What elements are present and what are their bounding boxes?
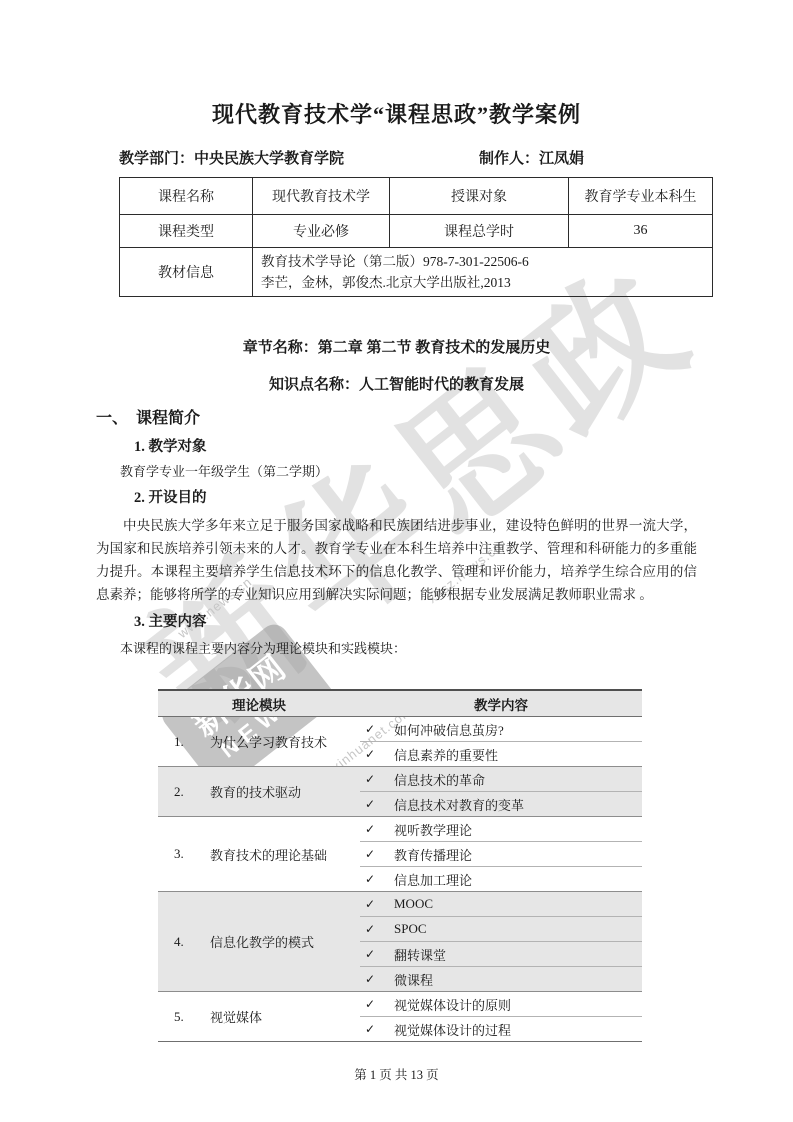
module-cell: 1. 为什么学习教育技术 [158,717,360,766]
textbook-label: 教材信息 [120,248,253,297]
course-name-value: 现代教育技术学 [253,178,390,215]
module-items: ✓ 如何冲破信息茧房? ✓ 信息素养的重要性 [360,717,642,766]
page-title: 现代教育技术学“课程思政”教学案例 [96,100,697,130]
check-icon: ✓ [360,997,394,1011]
module-number: 4. [174,934,210,950]
module-items: ✓ 信息技术的革命 ✓ 信息技术对教育的变革 [360,767,642,816]
item-text: 视听教学理论 [394,820,472,839]
textbook-line1: 教育技术学导论（第二版）978-7-301-22506-6 [261,251,708,272]
check-icon: ✓ [360,872,394,886]
course-info-table: 课程名称 现代教育技术学 授课对象 教育学专业本科生 课程类型 专业必修 课程总… [119,177,713,297]
subheading-main-content: 3. 主要内容 [134,611,697,633]
table-row: 2. 教育的技术驱动 ✓ 信息技术的革命 ✓ 信息技术对教育的变革 [158,766,642,816]
check-icon: ✓ [360,947,394,961]
list-item: ✓ 信息技术对教育的变革 [360,791,642,816]
check-icon: ✓ [360,722,394,736]
purpose-paragraph: 中央民族大学多年来立足于服务国家战略和民族团结进步事业，建设特色鲜明的世界一流大… [96,514,697,606]
modules-table: 理论模块 教学内容 1. 为什么学习教育技术 ✓ 如何冲破信息茧房? ✓ 信息素… [158,689,642,1042]
check-icon: ✓ [360,1022,394,1036]
list-item: ✓ 如何冲破信息茧房? [360,717,642,741]
chapter-title: 章节名称：第二章 第二节 教育技术的发展历史 [96,337,697,359]
item-text: 信息素养的重要性 [394,745,498,764]
list-item: ✓ 教育传播理论 [360,841,642,866]
column-header-teaching-content: 教学内容 [360,694,642,714]
table-row: 5. 视觉媒体 ✓ 视觉媒体设计的原则 ✓ 视觉媒体设计的过程 [158,991,642,1041]
item-text: 视觉媒体设计的过程 [394,1020,511,1039]
item-text: 信息加工理论 [394,870,472,889]
check-icon: ✓ [360,972,394,986]
list-item: ✓ 视觉媒体设计的原则 [360,992,642,1016]
module-name: 信息化教学的模式 [210,932,314,951]
textbook-line2: 李芒，金林，郭俊杰.北京大学出版社,2013 [261,272,708,293]
list-item: ✓ SPOC [360,916,642,941]
list-item: ✓ 信息技术的革命 [360,767,642,791]
total-hours-label: 课程总学时 [390,215,569,248]
modules-table-header: 理论模块 教学内容 [158,689,642,717]
item-text: 信息技术对教育的变革 [394,795,524,814]
audience-label: 授课对象 [390,178,569,215]
item-text: 如何冲破信息茧房? [394,720,504,739]
module-items: ✓ 视听教学理论 ✓ 教育传播理论 ✓ 信息加工理论 [360,817,642,891]
audience-value: 教育学专业本科生 [569,178,713,215]
column-header-theory-module: 理论模块 [158,694,360,714]
table-row: 3. 教育技术的理论基础 ✓ 视听教学理论 ✓ 教育传播理论 ✓ 信息加工理论 [158,816,642,891]
check-icon: ✓ [360,897,394,911]
check-icon: ✓ [360,747,394,761]
main-content-lead: 本课程的课程主要内容分为理论模块和实践模块： [120,639,697,659]
page-number-footer: 第 1 页 共 13 页 [96,1065,697,1083]
list-item: ✓ 视觉媒体设计的过程 [360,1016,642,1041]
list-item: ✓ 微课程 [360,966,642,991]
module-name: 为什么学习教育技术 [210,732,327,751]
table-row: 课程类型 专业必修 课程总学时 36 [120,215,713,248]
subheading-purpose: 2. 开设目的 [134,487,697,509]
table-row: 4. 信息化教学的模式 ✓ MOOC ✓ SPOC ✓ 翻转课堂 [158,891,642,991]
table-row: 教材信息 教育技术学导论（第二版）978-7-301-22506-6 李芒，金林… [120,248,713,297]
module-items: ✓ MOOC ✓ SPOC ✓ 翻转课堂 ✓ 微课程 [360,892,642,991]
document-page: 新华思政 新华网 NEWS www.news.cn www.xinhuanet.… [0,0,793,1122]
item-text: 视觉媒体设计的原则 [394,995,511,1014]
subheading-teaching-audience: 1. 教学对象 [134,436,697,458]
item-text: SPOC [394,921,427,937]
check-icon: ✓ [360,922,394,936]
section-heading-course-intro: 一、 课程简介 [96,407,697,431]
check-icon: ✓ [360,772,394,786]
item-text: 翻转课堂 [394,945,446,964]
module-items: ✓ 视觉媒体设计的原则 ✓ 视觉媒体设计的过程 [360,992,642,1041]
course-type-label: 课程类型 [120,215,253,248]
check-icon: ✓ [360,797,394,811]
document-author: 制作人：江凤娟 [479,147,584,168]
list-item: ✓ 信息素养的重要性 [360,741,642,766]
audience-text: 教育学专业一年级学生（第二学期） [120,462,697,482]
course-name-label: 课程名称 [120,178,253,215]
module-cell: 5. 视觉媒体 [158,992,360,1041]
module-name: 教育的技术驱动 [210,782,301,801]
module-name: 教育技术的理论基础 [210,845,327,864]
item-text: MOOC [394,896,433,912]
module-cell: 2. 教育的技术驱动 [158,767,360,816]
document-content: 现代教育技术学“课程思政”教学案例 教学部门：中央民族大学教育学院 制作人：江凤… [0,0,793,1083]
teaching-department: 教学部门：中央民族大学教育学院 [119,147,344,168]
total-hours-value: 36 [569,215,713,248]
list-item: ✓ MOOC [360,892,642,916]
item-text: 微课程 [394,970,433,989]
module-number: 2. [174,784,210,800]
textbook-value: 教育技术学导论（第二版）978-7-301-22506-6 李芒，金林，郭俊杰.… [253,248,713,297]
module-cell: 3. 教育技术的理论基础 [158,817,360,891]
module-number: 3. [174,846,210,862]
list-item: ✓ 翻转课堂 [360,941,642,966]
check-icon: ✓ [360,822,394,836]
check-icon: ✓ [360,847,394,861]
list-item: ✓ 信息加工理论 [360,866,642,891]
item-text: 信息技术的革命 [394,770,485,789]
table-row: 课程名称 现代教育技术学 授课对象 教育学专业本科生 [120,178,713,215]
item-text: 教育传播理论 [394,845,472,864]
knowledge-point-title: 知识点名称：人工智能时代的教育发展 [96,374,697,396]
course-type-value: 专业必修 [253,215,390,248]
list-item: ✓ 视听教学理论 [360,817,642,841]
module-name: 视觉媒体 [210,1007,262,1026]
document-info-line: 教学部门：中央民族大学教育学院 制作人：江凤娟 [119,147,688,168]
table-row: 1. 为什么学习教育技术 ✓ 如何冲破信息茧房? ✓ 信息素养的重要性 [158,717,642,766]
module-number: 1. [174,734,210,750]
module-number: 5. [174,1009,210,1025]
module-cell: 4. 信息化教学的模式 [158,892,360,991]
